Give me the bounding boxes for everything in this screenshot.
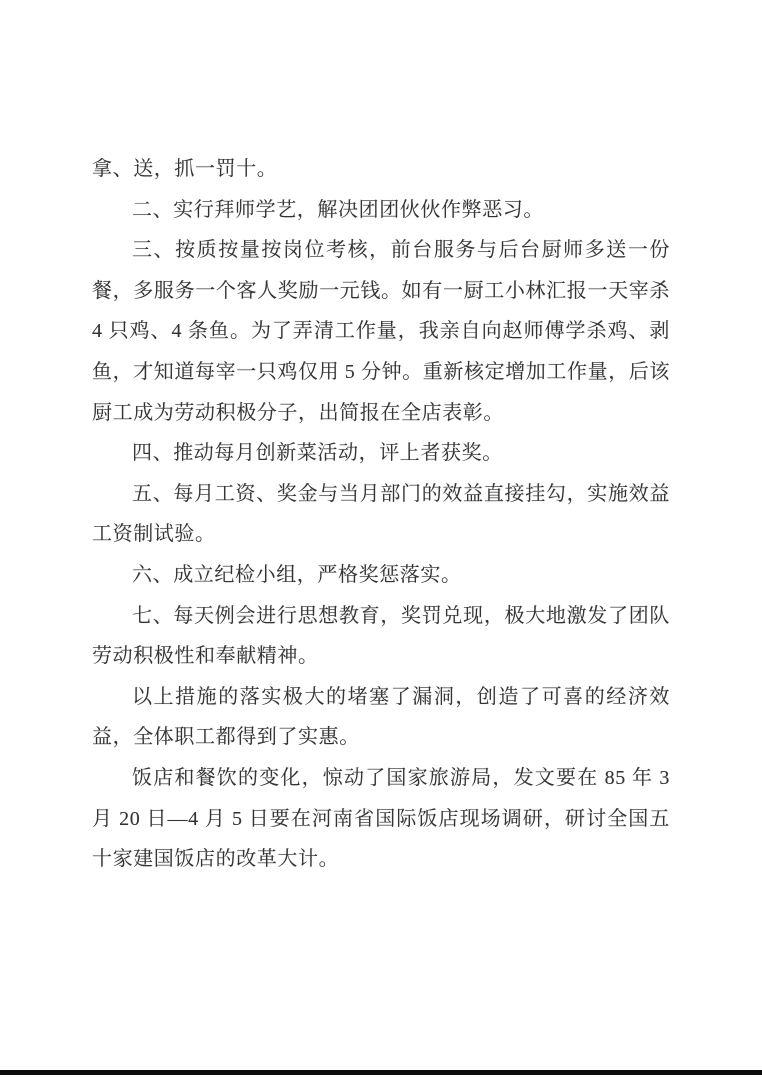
paragraph-item-2: 二、实行拜师学艺，解决团团伙伙作弊恶习。 [92,190,670,231]
paragraph-item-5: 五、每月工资、奖金与当月部门的效益直接挂勾，实施效益工资制试验。 [92,474,670,555]
page-bottom-edge [0,1070,762,1075]
document-text-block: 拿、送，抓一罚十。 二、实行拜师学艺，解决团团伙伙作弊恶习。 三、按质按量按岗位… [92,149,670,880]
paragraph-summary: 以上措施的落实极大的堵塞了漏洞，创造了可喜的经济效益，全体职工都得到了实惠。 [92,677,670,758]
paragraph-item-4: 四、推动每月创新菜活动，评上者获奖。 [92,433,670,474]
paragraph-item-7: 七、每天例会进行思想教育，奖罚兑现，极大地激发了团队劳动积极性和奉献精神。 [92,596,670,677]
paragraph-item-6: 六、成立纪检小组，严格奖惩落实。 [92,555,670,596]
paragraph-closing: 饭店和餐饮的变化，惊动了国家旅游局，发文要在 85 年 3 月 20 日—4 月… [92,758,670,880]
document-page: 拿、送，抓一罚十。 二、实行拜师学艺，解决团团伙伙作弊恶习。 三、按质按量按岗位… [0,0,762,1078]
paragraph-item-3: 三、按质按量按岗位考核，前台服务与后台厨师多送一份餐，多服务一个客人奖励一元钱。… [92,230,670,433]
paragraph-continuation: 拿、送，抓一罚十。 [92,149,670,190]
